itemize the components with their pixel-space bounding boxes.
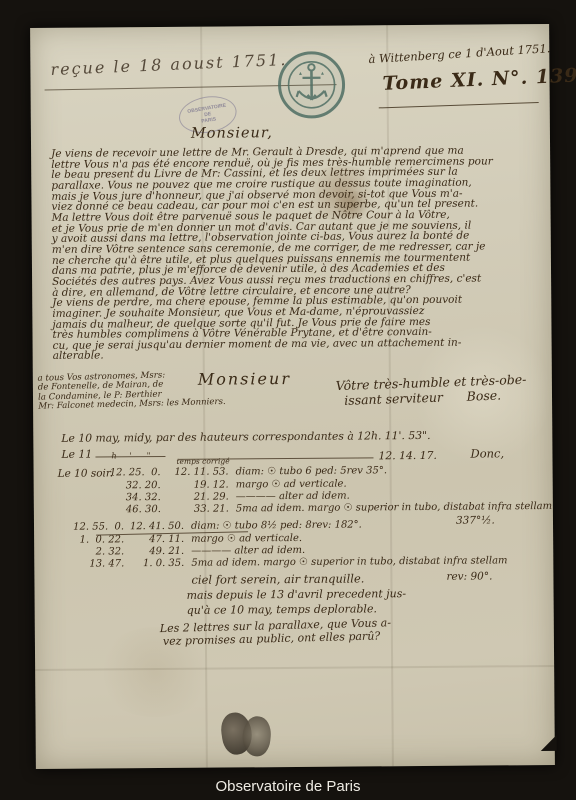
obs-corrected: 33. 21. bbox=[171, 504, 229, 515]
block1-col1-header: h ' " bbox=[111, 451, 150, 460]
salutation: Monsieur, bbox=[191, 125, 273, 142]
obs-note: 5ma ad idem. margo ☉ superior in tubo, d… bbox=[236, 501, 552, 514]
obs-note: diam: ☉ tubo 8½ ped: 8rev: 182°. bbox=[191, 519, 362, 531]
observation-intro-1: Le 10 may, midy, par des hauteurs corres… bbox=[61, 429, 430, 445]
library-anchor-stamp bbox=[276, 50, 347, 121]
obs-note: ———— alter ad idem. bbox=[191, 545, 305, 557]
obs-observed: 32. 20. bbox=[99, 480, 161, 491]
photo-of-letter: { "photo": { "caption": "Observatoire de… bbox=[0, 0, 576, 800]
folded-corner bbox=[541, 735, 557, 751]
obs-observed: 34. 32. bbox=[99, 492, 161, 503]
obs-note: margo ☉ ad verticale. bbox=[236, 479, 347, 491]
tome-number: Tome XI. N°. 139. bbox=[382, 64, 576, 95]
weather-line: mais depuis le 13 d'avril precedent jus- bbox=[187, 587, 407, 602]
obs-note: margo ☉ ad verticale. bbox=[191, 533, 302, 545]
received-note: reçue le 18 aoust 1751. bbox=[50, 50, 288, 79]
obs-observed: 2. 32. bbox=[64, 546, 124, 557]
obs-corrected: 21. 29. bbox=[171, 492, 229, 503]
obs-observed: 13. 47. bbox=[64, 558, 124, 569]
observation-intro-2-label: Le 11 bbox=[61, 448, 92, 461]
obs-note-extra: rev: 90°. bbox=[446, 570, 492, 582]
letter-paper: reçue le 18 aoust 1751. OBSERVATOIRE DE … bbox=[30, 24, 555, 769]
photo-caption: Observatoire de Paris bbox=[0, 778, 576, 795]
obs-corrected: 1. 0. 35. bbox=[129, 558, 184, 569]
place-date: à Wittenberg ce 1 d'Aout 1751. bbox=[368, 41, 551, 66]
obs-note: ———— alter ad idem. bbox=[236, 491, 350, 503]
letter-body: Je viens de recevoir une lettre de Mr. G… bbox=[51, 145, 543, 362]
weather-line: ciel fort serein, air tranquille. bbox=[191, 571, 364, 586]
observation-intro-2-suffix: Donc, bbox=[470, 446, 504, 460]
obs-observed: 1. 0. 22. bbox=[64, 534, 124, 545]
obs-observed: 46. 30. bbox=[99, 504, 161, 515]
signature: Vôtre très-humble et très-obe- issant se… bbox=[335, 372, 527, 408]
block1-col2-header: temps corrigé bbox=[176, 456, 229, 465]
obs-observed: 12. 25. 0. bbox=[99, 467, 161, 478]
fold-crease bbox=[35, 665, 554, 671]
obs-corrected: 47. 11. bbox=[129, 534, 184, 545]
obs-note: diam: ☉ tubo 6 ped: 5rev 35°. bbox=[236, 465, 387, 477]
obs-observed: 12. 55. 0. bbox=[64, 521, 124, 532]
tome-underline bbox=[379, 102, 539, 108]
observation-intro-2-value: 12. 14. 17. bbox=[378, 449, 436, 462]
obs-corrected: 12. 41. 50. bbox=[129, 521, 184, 532]
weather-line: qu'à ce 10 may, temps deplorable. bbox=[187, 602, 377, 616]
obs-note: 5ma ad idem. margo ☉ superior in tubo, d… bbox=[191, 555, 507, 568]
obs-corrected: 49. 21. bbox=[129, 546, 184, 557]
anchor-icon bbox=[276, 50, 347, 121]
obs-note-extra: 337°½. bbox=[456, 514, 495, 526]
obs-corrected: 12. 11. 53. bbox=[171, 467, 229, 478]
obs-corrected: 19. 12. bbox=[171, 480, 229, 491]
closing-word: Monsieur bbox=[198, 369, 291, 389]
margin-note-line: Mr: Falconet medecin, Msrs: les Monniers… bbox=[38, 398, 226, 412]
